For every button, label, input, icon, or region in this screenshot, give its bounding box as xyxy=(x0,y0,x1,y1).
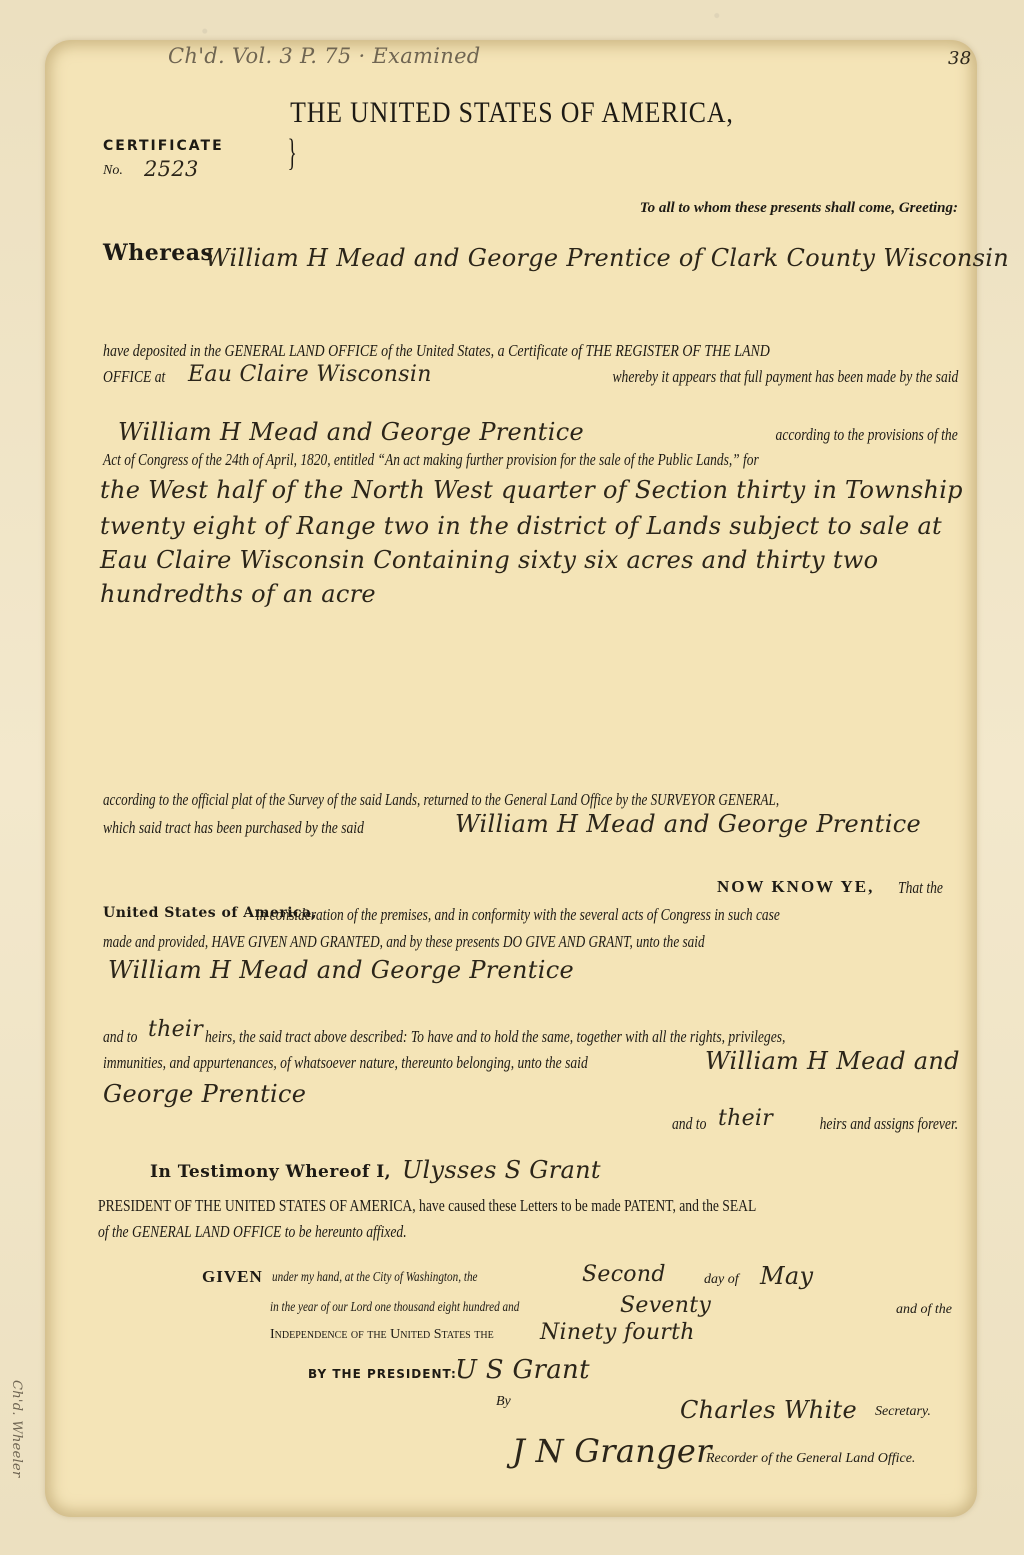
president-text: PRESIDENT OF THE UNITED STATES OF AMERIC… xyxy=(98,1196,921,1216)
whereby-text: whereby it appears that full payment has… xyxy=(526,367,958,387)
given-word: GIVEN xyxy=(202,1267,263,1287)
month-value: May xyxy=(760,1262,813,1290)
testimony-text: In Testimony Whereof I, xyxy=(150,1162,391,1182)
grantees-2: William H Mead and George Prentice xyxy=(118,418,584,446)
secretary-signature: Charles White xyxy=(680,1396,857,1424)
greeting: To all to whom these presents shall come… xyxy=(640,200,958,217)
independence-year: Ninety fourth xyxy=(540,1320,695,1345)
and-of-the: and of the xyxy=(896,1302,952,1318)
certificate-number: 2523 xyxy=(144,157,199,181)
their-2: their xyxy=(718,1106,773,1131)
immunities-text: immunities, and appurtenances, of whatso… xyxy=(103,1053,709,1073)
office-at-label: OFFICE at xyxy=(103,367,181,387)
land-description-line: Eau Claire Wisconsin Containing sixty si… xyxy=(100,546,878,574)
side-margin-note: Ch'd. Wheeler xyxy=(9,1380,24,1478)
that-the: That the xyxy=(898,878,954,898)
plat-text: according to the official plat of the Su… xyxy=(103,790,981,810)
page-number: 38 xyxy=(948,48,972,69)
recorder-label: Recorder of the General Land Office. xyxy=(706,1451,915,1467)
recorder-signature: J N Granger xyxy=(512,1432,712,1470)
land-description-line: the West half of the North West quarter … xyxy=(100,476,963,504)
office-location: Eau Claire Wisconsin xyxy=(188,362,432,387)
brace-icon: } xyxy=(288,134,297,172)
day-of-label: day of xyxy=(704,1272,739,1288)
heirs-text: heirs, the said tract above described: T… xyxy=(205,1027,931,1047)
purchased-text: which said tract has been purchased by t… xyxy=(103,818,429,838)
granted-text: made and provided, HAVE GIVEN AND GRANTE… xyxy=(103,932,874,952)
certificate-label: CERTIFICATE xyxy=(103,138,224,154)
secretary-label: Secretary. xyxy=(875,1404,931,1420)
land-description-line: hundredths of an acre xyxy=(100,580,376,608)
president-name: Ulysses S Grant xyxy=(402,1156,601,1184)
given-text: under my hand, at the City of Washington… xyxy=(272,1270,529,1286)
assigns-text: heirs and assigns forever. xyxy=(785,1114,958,1134)
grantees-4: William H Mead and George Prentice xyxy=(108,956,574,984)
margin-note: Ch'd. Vol. 3 P. 75 · Examined xyxy=(168,44,481,68)
land-description-line: twenty eight of Range two in the distric… xyxy=(100,512,942,540)
year-text: in the year of our Lord one thousand eig… xyxy=(270,1300,582,1316)
act-text: Act of Congress of the 24th of April, 18… xyxy=(103,450,933,470)
now-know-ye: NOW KNOW YE, xyxy=(717,877,874,897)
and-to-2: and to xyxy=(672,1114,715,1134)
consideration-text: in consideration of the premises, and in… xyxy=(256,905,919,925)
president-signature: U S Grant xyxy=(455,1355,590,1385)
by-president-label: BY THE PRESIDENT: xyxy=(308,1367,457,1381)
year-value: Seventy xyxy=(620,1293,711,1318)
their-1: their xyxy=(148,1017,203,1042)
grantees-3: William H Mead and George Prentice xyxy=(455,810,921,838)
grantees-line: William H Mead and George Prentice of Cl… xyxy=(205,244,1009,272)
provisions-text: according to the provisions of the xyxy=(730,425,958,445)
independence-text: Independence of the United States the xyxy=(270,1327,494,1343)
whereas-word: Whereas xyxy=(103,240,213,266)
grantees-5b: George Prentice xyxy=(103,1080,306,1108)
and-to: and to xyxy=(103,1027,146,1047)
deposit-text: have deposited in the GENERAL LAND OFFIC… xyxy=(103,341,916,361)
by-label: By xyxy=(496,1394,511,1410)
document-title: THE UNITED STATES OF AMERICA, xyxy=(0,96,1024,130)
grantees-5a: William H Mead and xyxy=(705,1047,960,1075)
day-value: Second xyxy=(582,1262,666,1287)
seal-text: of the GENERAL LAND OFFICE to be hereunt… xyxy=(98,1222,484,1242)
certificate-number-label: No. xyxy=(103,163,123,179)
